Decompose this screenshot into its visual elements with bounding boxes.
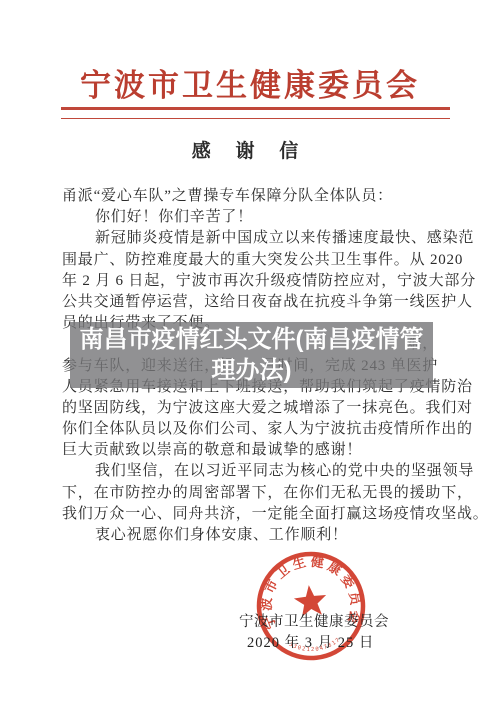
- letterhead-double-rule: [61, 107, 450, 119]
- letter-body-line: 的坚固防线，为宁波这座大爱之城增添了一抹亮色。我们对: [62, 398, 438, 419]
- letter-body-line: 下，在市防控办的周密部署下，在你们无私无畏的援助下，: [62, 483, 438, 504]
- letter-document: 宁波市卫生健康委员会 感 谢 信 甬派“爱心车队”之曹操专车保障分队全体队员： …: [0, 0, 500, 710]
- letter-body-line: 年 2 月 6 日起，宁波市再次升级疫情防控应对，宁波大部分: [62, 271, 438, 292]
- letter-body-line: 围最广、防控难度最大的重大突发公共卫生事件。从 2020: [62, 250, 438, 271]
- letter-title: 感 谢 信: [0, 136, 500, 163]
- letter-body-line: 我们坚信，在以习近平同志为核心的党中央的坚强领导: [62, 461, 438, 482]
- official-seal: 宁波市卫生健康委员会 330212047817: [240, 535, 383, 678]
- watermark-overlay-band: 南昌市疫情红头文件(南昌疫情管理办法): [70, 322, 433, 388]
- signature-org: 宁波市卫生健康委员会: [239, 610, 389, 631]
- signature-date: 2020 年 3 月 25 日: [247, 631, 374, 652]
- letter-body-line: 新冠肺炎疫情是新中国成立以来传播速度最快、感染范: [62, 228, 438, 249]
- letter-body-line: 公共交通暂停运营，这给日夜奋战在抗疫斗争第一线医护人: [62, 292, 438, 313]
- letter-body-line: 你们全体队员以及你们公司、家人为宁波抗击疫情所作出的: [62, 419, 438, 440]
- letter-body-line: 甬派“爱心车队”之曹操专车保障分队全体队员：: [62, 186, 438, 207]
- letter-body-line: 你们好！你们辛苦了！: [62, 207, 438, 228]
- letter-body-line: 衷心祝愿你们身体安康、工作顺利！: [62, 525, 438, 546]
- org-letterhead-title: 宁波市卫生健康委员会: [0, 60, 500, 105]
- letter-body-line: 我们万众一心、同舟共济，一定能全面打赢这场疫情攻坚战。: [62, 504, 438, 525]
- watermark-title: 南昌市疫情红头文件(南昌疫情管理办法): [70, 324, 433, 386]
- letter-body-line: 巨大贡献致以崇高的敬意和最诚挚的感谢！: [62, 440, 438, 461]
